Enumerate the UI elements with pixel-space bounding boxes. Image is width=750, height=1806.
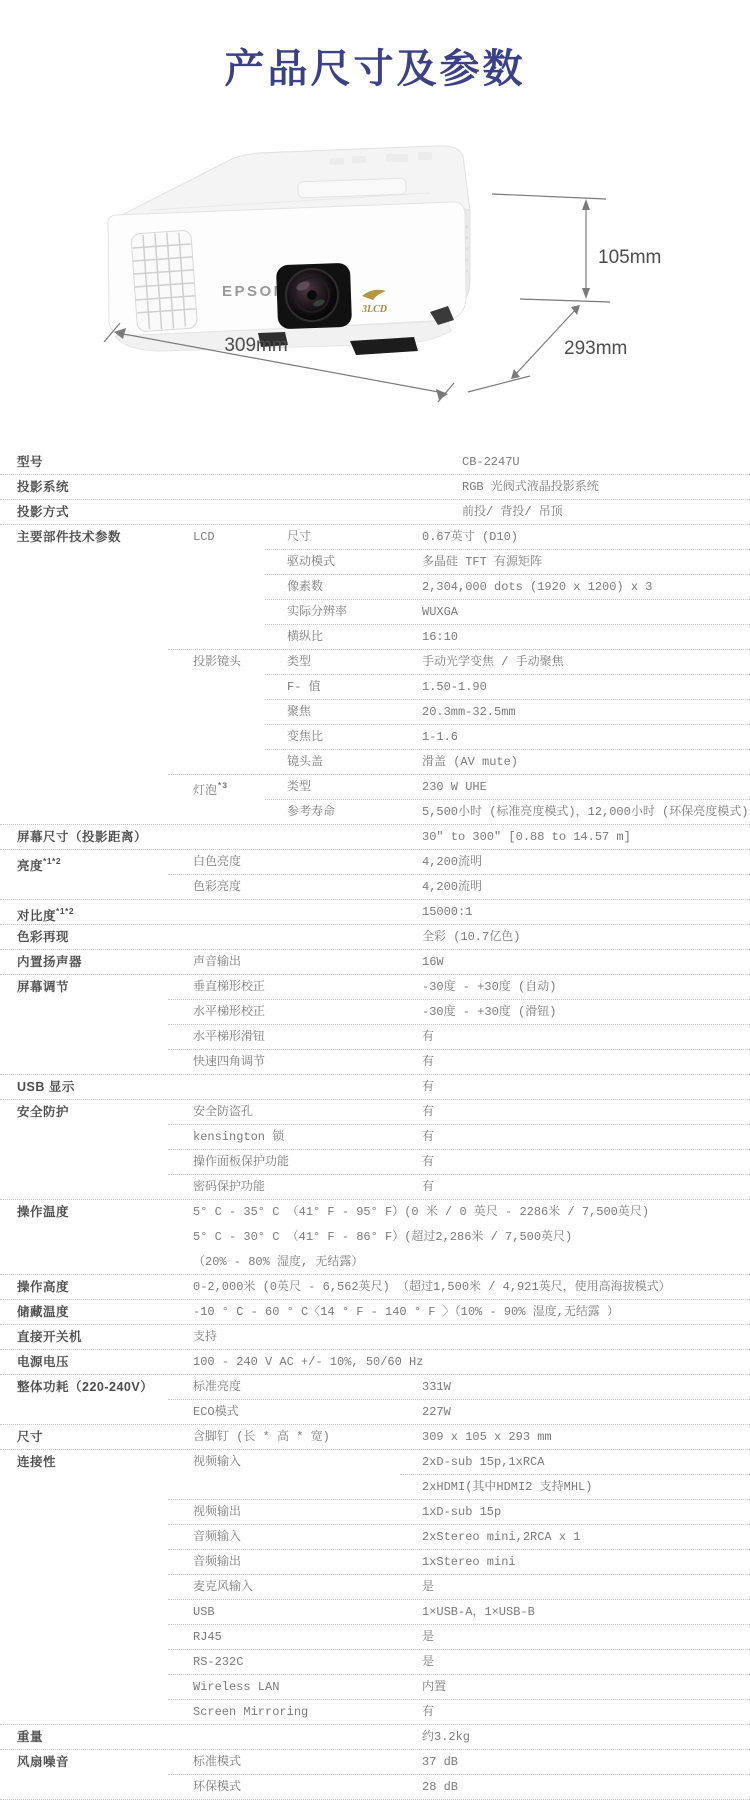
- dimension-diagram: EPSON 3LCD: [0, 130, 750, 450]
- spec-row: 音频输出1xStereo mini: [0, 1550, 750, 1575]
- spec-row: 安全防护安全防盗孔有: [0, 1100, 750, 1125]
- spec-row: 镜头盖滑盖 (AV mute): [0, 750, 750, 775]
- spec-subsublabel: 类型: [287, 650, 311, 675]
- spec-row: 驱动模式多晶硅 TFT 有源矩阵: [0, 550, 750, 575]
- spec-row: 主要部件技术参数LCD尺寸0.67英寸 (D10): [0, 525, 750, 550]
- spec-label: 风扇噪音: [17, 1750, 69, 1775]
- spec-subsublabel: 聚焦: [287, 700, 311, 725]
- spec-value: 有: [422, 1025, 434, 1050]
- spec-row: 重量约3.2kg: [0, 1725, 750, 1750]
- spec-value: 20.3mm-32.5mm: [422, 700, 516, 725]
- spec-value: -30度 - +30度 (自动): [422, 975, 556, 1000]
- spec-subsublabel: 参考寿命: [287, 800, 335, 825]
- spec-row: 环保模式28 dB: [0, 1775, 750, 1800]
- dimension-depth-label: 293mm: [564, 338, 627, 359]
- spec-table: 型号CB-2247U投影系统RGB 光阀式液晶投影系统投影方式前投/ 背投/ 吊…: [0, 450, 750, 1800]
- spec-row: 操作面板保护功能有: [0, 1150, 750, 1175]
- spec-subsublabel: 像素数: [287, 575, 323, 600]
- spec-label: 连接性: [17, 1450, 56, 1475]
- spec-value: 0.67英寸 (D10): [422, 525, 518, 550]
- spec-sublabel: 环保模式: [193, 1775, 241, 1800]
- spec-value: 全彩 (10.7亿色): [422, 925, 520, 950]
- spec-subsublabel: 尺寸: [287, 525, 311, 550]
- spec-value: 4,200流明: [422, 850, 482, 875]
- spec-value: 有: [422, 1100, 434, 1125]
- spec-value: 是: [422, 1575, 434, 1600]
- spec-subsublabel: 类型: [287, 775, 311, 800]
- spec-row: 对比度*1*215000:1: [0, 900, 750, 925]
- spec-row: ECO模式227W: [0, 1400, 750, 1425]
- spec-label: 型号: [17, 450, 43, 475]
- spec-sublabel: USB: [193, 1600, 215, 1625]
- spec-sublabel: 密码保护功能: [193, 1175, 265, 1200]
- spec-sublabel: 麦克风输入: [193, 1575, 253, 1600]
- spec-label: 屏幕调节: [17, 975, 69, 1000]
- spec-value: 手动光学变焦 / 手动聚焦: [422, 650, 564, 675]
- spec-row: 实际分辨率WUXGA: [0, 600, 750, 625]
- spec-value: 2xStereo mini,2RCA x 1: [422, 1525, 580, 1550]
- spec-sublabel: 音频输出: [193, 1550, 241, 1575]
- spec-value: 16:10: [422, 625, 458, 650]
- spec-label: 整体功耗（220-240V）: [17, 1375, 153, 1400]
- spec-value: 37 dB: [422, 1750, 458, 1775]
- spec-row: RJ45是: [0, 1625, 750, 1650]
- spec-sublabel: 白色亮度: [193, 850, 241, 875]
- projector-image: EPSON 3LCD: [0, 130, 750, 450]
- spec-value: 331W: [422, 1375, 451, 1400]
- spec-label: 屏幕尺寸（投影距离）: [17, 825, 147, 850]
- spec-value: 2,304,000 dots (1920 x 1200) x 3: [422, 575, 652, 600]
- spec-row: 密码保护功能有: [0, 1175, 750, 1200]
- spec-row: 屏幕调节垂直梯形校正-30度 - +30度 (自动): [0, 975, 750, 1000]
- spec-sublabel: 色彩亮度: [193, 875, 241, 900]
- spec-label: 色彩再现: [17, 925, 69, 950]
- spec-row: 像素数2,304,000 dots (1920 x 1200) x 3: [0, 575, 750, 600]
- spec-row: 屏幕尺寸（投影距离）30″ to 300″ [0.88 to 14.57 m]: [0, 825, 750, 850]
- intake-grille: [131, 230, 198, 332]
- spec-sublabel: 声音输出: [193, 950, 241, 975]
- spec-label: 内置扬声器: [17, 950, 82, 975]
- spec-row: 连接性视频输入2xD-sub 15p,1xRCA: [0, 1450, 750, 1475]
- spec-value: 是: [422, 1650, 434, 1675]
- spec-value: 是: [422, 1625, 434, 1650]
- spec-row: F- 值1.50-1.90: [0, 675, 750, 700]
- spec-label: 投影方式: [17, 500, 69, 525]
- spec-subsublabel: 横纵比: [287, 625, 323, 650]
- spec-row: 变焦比1-1.6: [0, 725, 750, 750]
- spec-row: 视频输出1xD-sub 15p: [0, 1500, 750, 1525]
- spec-value: 16W: [422, 950, 444, 975]
- spec-sublabel: Screen Mirroring: [193, 1700, 308, 1725]
- spec-value: 前投/ 背投/ 吊顶: [462, 500, 563, 525]
- spec-row: Wireless LAN内置: [0, 1675, 750, 1700]
- spec-row: USB1×USB-A，1×USB-B: [0, 1600, 750, 1625]
- spec-row: 尺寸含脚钉 (长 * 高 * 宽)309 x 105 x 293 mm: [0, 1425, 750, 1450]
- spec-value: 230 W UHE: [422, 775, 487, 800]
- label-footnote: *1*2: [43, 856, 61, 866]
- projector-body: EPSON 3LCD: [108, 146, 470, 355]
- spec-row: 型号CB-2247U: [0, 450, 750, 475]
- spec-value: 多晶硅 TFT 有源矩阵: [422, 550, 542, 575]
- spec-value: 1xStereo mini: [422, 1550, 516, 1575]
- spec-subsublabel: 变焦比: [287, 725, 323, 750]
- dimension-width-label: 309mm: [224, 335, 287, 356]
- spec-row: 色彩亮度4,200流明: [0, 875, 750, 900]
- spec-subsublabel: 镜头盖: [287, 750, 323, 775]
- spec-sublabel: RS-232C: [193, 1650, 243, 1675]
- lens: [276, 263, 352, 330]
- spec-value: 有: [422, 1075, 434, 1100]
- spec-label: 投影系统: [17, 475, 69, 500]
- spec-value: 5° C - 30° C （41° F - 86° F）(超过2,286米 / …: [193, 1225, 572, 1250]
- spec-sublabel: 垂直梯形校正: [193, 975, 265, 1000]
- spec-row: （20% - 80% 湿度, 无结露）: [0, 1250, 750, 1275]
- spec-value: 1-1.6: [422, 725, 458, 750]
- spec-label: 重量: [17, 1725, 43, 1750]
- spec-sublabel: 快速四角调节: [193, 1050, 265, 1075]
- spec-value: 4,200流明: [422, 875, 482, 900]
- spec-value: 28 dB: [422, 1775, 458, 1800]
- spec-value: 1xD-sub 15p: [422, 1500, 501, 1525]
- spec-sublabel: 水平梯形校正: [193, 1000, 265, 1025]
- spec-label: 电源电压: [17, 1350, 69, 1375]
- spec-value: CB-2247U: [462, 450, 520, 475]
- spec-value: 2xD-sub 15p,1xRCA: [422, 1450, 544, 1475]
- spec-row: 内置扬声器声音输出16W: [0, 950, 750, 975]
- spec-row: 投影方式前投/ 背投/ 吊顶: [0, 500, 750, 525]
- spec-label: 尺寸: [17, 1425, 43, 1450]
- spec-row: Screen Mirroring有: [0, 1700, 750, 1725]
- spec-row: 音频输入2xStereo mini,2RCA x 1: [0, 1525, 750, 1550]
- spec-value: 100 - 240 V AC +/- 10%, 50/60 Hz: [193, 1350, 423, 1375]
- spec-row: 水平梯形校正-30度 - +30度 (滑钮): [0, 1000, 750, 1025]
- spec-sublabel: 操作面板保护功能: [193, 1150, 289, 1175]
- spec-row: 2xHDMI(其中HDMI2 支持MHL): [0, 1475, 750, 1500]
- spec-row: 快速四角调节有: [0, 1050, 750, 1075]
- spec-value: RGB 光阀式液晶投影系统: [462, 475, 599, 500]
- spec-row: 操作温度5° C - 35° C （41° F - 95° F）(0 米 / 0…: [0, 1200, 750, 1225]
- spec-value: 309 x 105 x 293 mm: [422, 1425, 552, 1450]
- spec-row: 投影系统RGB 光阀式液晶投影系统: [0, 475, 750, 500]
- label-footnote: *1*2: [56, 906, 74, 916]
- spec-sublabel: 视频输入: [193, 1450, 241, 1475]
- page-title: 产品尺寸及参数: [225, 37, 526, 94]
- dimension-height-label: 105mm: [598, 247, 661, 268]
- spec-row: 直接开关机支持: [0, 1325, 750, 1350]
- spec-sublabel: 含脚钉 (长 * 高 * 宽): [193, 1425, 330, 1450]
- spec-row: 灯泡*3类型230 W UHE: [0, 775, 750, 800]
- spec-row: 亮度*1*2白色亮度4,200流明: [0, 850, 750, 875]
- spec-label: 直接开关机: [17, 1325, 82, 1350]
- spec-value: 约3.2kg: [422, 1725, 470, 1750]
- spec-value: 支持: [193, 1325, 217, 1350]
- spec-row: 5° C - 30° C （41° F - 86° F）(超过2,286米 / …: [0, 1225, 750, 1250]
- spec-value: 227W: [422, 1400, 451, 1425]
- spec-row: 横纵比16:10: [0, 625, 750, 650]
- spec-label: 储藏温度: [17, 1300, 69, 1325]
- spec-row: 投影镜头类型手动光学变焦 / 手动聚焦: [0, 650, 750, 675]
- spec-value: -10 ° C - 60 ° C〈14 ° F - 140 ° F 〉（10% …: [193, 1300, 619, 1325]
- spec-value: 5,500小时 (标准亮度模式)，12,000小时 (环保亮度模式): [422, 800, 748, 825]
- product-spec-page: 产品尺寸及参数: [0, 0, 750, 1806]
- spec-value: 30″ to 300″ [0.88 to 14.57 m]: [422, 825, 631, 850]
- spec-value: 内置: [422, 1675, 446, 1700]
- spec-row: 电源电压100 - 240 V AC +/- 10%, 50/60 Hz: [0, 1350, 750, 1375]
- spec-sublabel: 安全防盗孔: [193, 1100, 253, 1125]
- spec-label: USB 显示: [17, 1075, 75, 1100]
- page-header: 产品尺寸及参数: [0, 0, 750, 130]
- spec-row: 风扇噪音标准模式37 dB: [0, 1750, 750, 1775]
- spec-row: 操作高度0-2,000米 (0英尺 - 6,562英尺) （超过1,500米 /…: [0, 1275, 750, 1300]
- spec-row: 麦克风输入是: [0, 1575, 750, 1600]
- 3lcd-label: 3LCD: [361, 304, 387, 315]
- spec-row: 聚焦20.3mm-32.5mm: [0, 700, 750, 725]
- spec-sublabel: Wireless LAN: [193, 1675, 279, 1700]
- spec-value: 有: [422, 1700, 434, 1725]
- spec-value: 滑盖 (AV mute): [422, 750, 518, 775]
- spec-label: 操作温度: [17, 1200, 69, 1225]
- spec-value: 0-2,000米 (0英尺 - 6,562英尺) （超过1,500米 / 4,9…: [193, 1275, 671, 1300]
- spec-value: 1×USB-A，1×USB-B: [422, 1600, 535, 1625]
- spec-row: 水平梯形滑钮有: [0, 1025, 750, 1050]
- row-separator: [0, 1799, 750, 1800]
- spec-value: 有: [422, 1150, 434, 1175]
- spec-label: 主要部件技术参数: [17, 525, 121, 550]
- spec-sublabel: 水平梯形滑钮: [193, 1025, 265, 1050]
- spec-row: 色彩再现全彩 (10.7亿色): [0, 925, 750, 950]
- spec-value: 5° C - 35° C （41° F - 95° F）(0 米 / 0 英尺 …: [193, 1200, 649, 1225]
- spec-value: 1.50-1.90: [422, 675, 487, 700]
- spec-row: 储藏温度-10 ° C - 60 ° C〈14 ° F - 140 ° F 〉（…: [0, 1300, 750, 1325]
- spec-value: WUXGA: [422, 600, 458, 625]
- spec-value: -30度 - +30度 (滑钮): [422, 1000, 556, 1025]
- spec-label: 对比度*1*2: [17, 900, 74, 925]
- spec-sublabel: 标准亮度: [193, 1375, 241, 1400]
- spec-row: 参考寿命5,500小时 (标准亮度模式)，12,000小时 (环保亮度模式): [0, 800, 750, 825]
- spec-row: kensington 锁有: [0, 1125, 750, 1150]
- spec-subsublabel: 实际分辨率: [287, 600, 347, 625]
- spec-sublabel: 视频输出: [193, 1500, 241, 1525]
- spec-sublabel: 标准模式: [193, 1750, 241, 1775]
- spec-label: 操作高度: [17, 1275, 69, 1300]
- spec-row: 整体功耗（220-240V）标准亮度331W: [0, 1375, 750, 1400]
- spec-sublabel: kensington 锁: [193, 1125, 284, 1150]
- label-footnote: *3: [217, 781, 227, 791]
- spec-value: 有: [422, 1125, 434, 1150]
- spec-sublabel: RJ45: [193, 1625, 222, 1650]
- spec-sublabel: LCD: [193, 525, 215, 550]
- spec-label: 安全防护: [17, 1100, 69, 1125]
- spec-value: 有: [422, 1050, 434, 1075]
- spec-sublabel: 投影镜头: [193, 650, 241, 675]
- spec-value: 15000:1: [422, 900, 472, 925]
- spec-label: 亮度*1*2: [17, 850, 61, 875]
- spec-value: 2xHDMI(其中HDMI2 支持MHL): [422, 1475, 592, 1500]
- spec-sublabel: 灯泡*3: [193, 775, 227, 800]
- spec-value: （20% - 80% 湿度, 无结露）: [193, 1250, 363, 1275]
- spec-subsublabel: F- 值: [287, 675, 321, 700]
- spec-value: 有: [422, 1175, 434, 1200]
- spec-sublabel: ECO模式: [193, 1400, 239, 1425]
- spec-subsublabel: 驱动模式: [287, 550, 335, 575]
- spec-row: USB 显示有: [0, 1075, 750, 1100]
- spec-sublabel: 音频输入: [193, 1525, 241, 1550]
- spec-row: RS-232C是: [0, 1650, 750, 1675]
